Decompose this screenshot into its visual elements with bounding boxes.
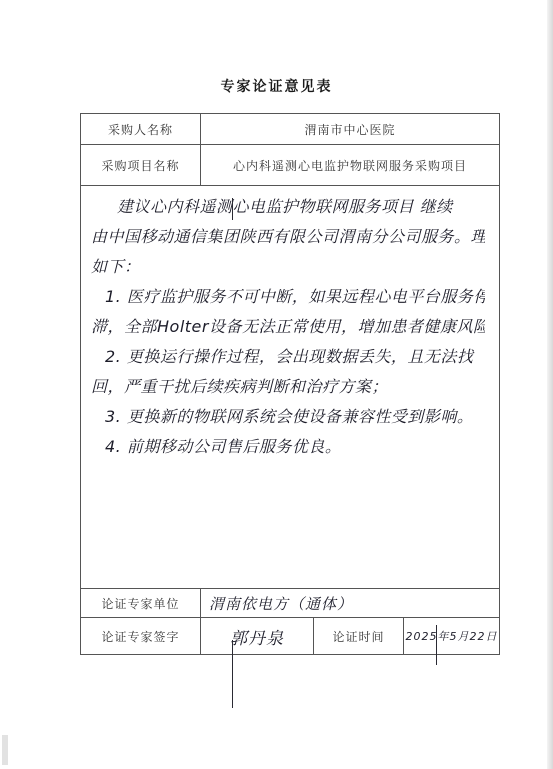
opinion-line: 4. 前期移动公司售后服务优良。 (91, 432, 485, 462)
opinion-line: 建议心内科遥测心电监护物联网服务项目 继续 (91, 192, 485, 222)
opinion-line: 回，严重干扰后续疾病判断和治疗方案； (91, 372, 485, 402)
opinion-line: 滞，全部Holter设备无法正常使用，增加患者健康风险 (91, 312, 485, 342)
project-label: 采购项目名称 (81, 145, 201, 185)
pen-stroke-mark (436, 625, 437, 665)
review-time-label: 论证时间 (314, 618, 404, 654)
project-value: 心内科遥测心电监护物联网服务采购项目 (201, 145, 499, 185)
expert-unit-value: 渭南依电方（通体） (201, 589, 499, 617)
document-title: 专家论证意见表 (0, 76, 553, 96)
review-time-value: 2025年5月22日 (404, 618, 499, 654)
expert-unit-label: 论证专家单位 (81, 589, 201, 617)
purchaser-row: 采购人名称 渭南市中心医院 (81, 114, 499, 145)
opinion-line: 由中国移动通信集团陕西有限公司渭南分公司服务。理由 (91, 222, 485, 252)
opinion-line: 1. 医疗监护服务不可中断，如果远程心电平台服务停 (91, 282, 485, 312)
pen-stroke-mark (232, 640, 233, 708)
opinion-handwritten-area: 建议心内科遥测心电监护物联网服务项目 继续 由中国移动通信集团陕西有限公司渭南分… (81, 186, 499, 589)
purchaser-value: 渭南市中心医院 (201, 114, 499, 144)
scan-artifact (2, 735, 8, 765)
opinion-line: 3. 更换新的物联网系统会使设备兼容性受到影响。 (91, 402, 485, 432)
project-row: 采购项目名称 心内科遥测心电监护物联网服务采购项目 (81, 145, 499, 186)
expert-opinion-form: 采购人名称 渭南市中心医院 采购项目名称 心内科遥测心电监护物联网服务采购项目 … (80, 113, 500, 655)
expert-unit-row: 论证专家单位 渭南依电方（通体） (81, 589, 499, 618)
scan-page-edge (547, 0, 553, 769)
expert-signature-label: 论证专家签字 (81, 618, 201, 654)
pen-stroke-mark (232, 198, 233, 220)
opinion-line: 如下： (91, 252, 485, 282)
expert-signature-value: 郭丹泉 (201, 618, 314, 654)
purchaser-label: 采购人名称 (81, 114, 201, 144)
opinion-line: 2. 更换运行操作过程，会出现数据丢失，且无法找 (91, 342, 485, 372)
